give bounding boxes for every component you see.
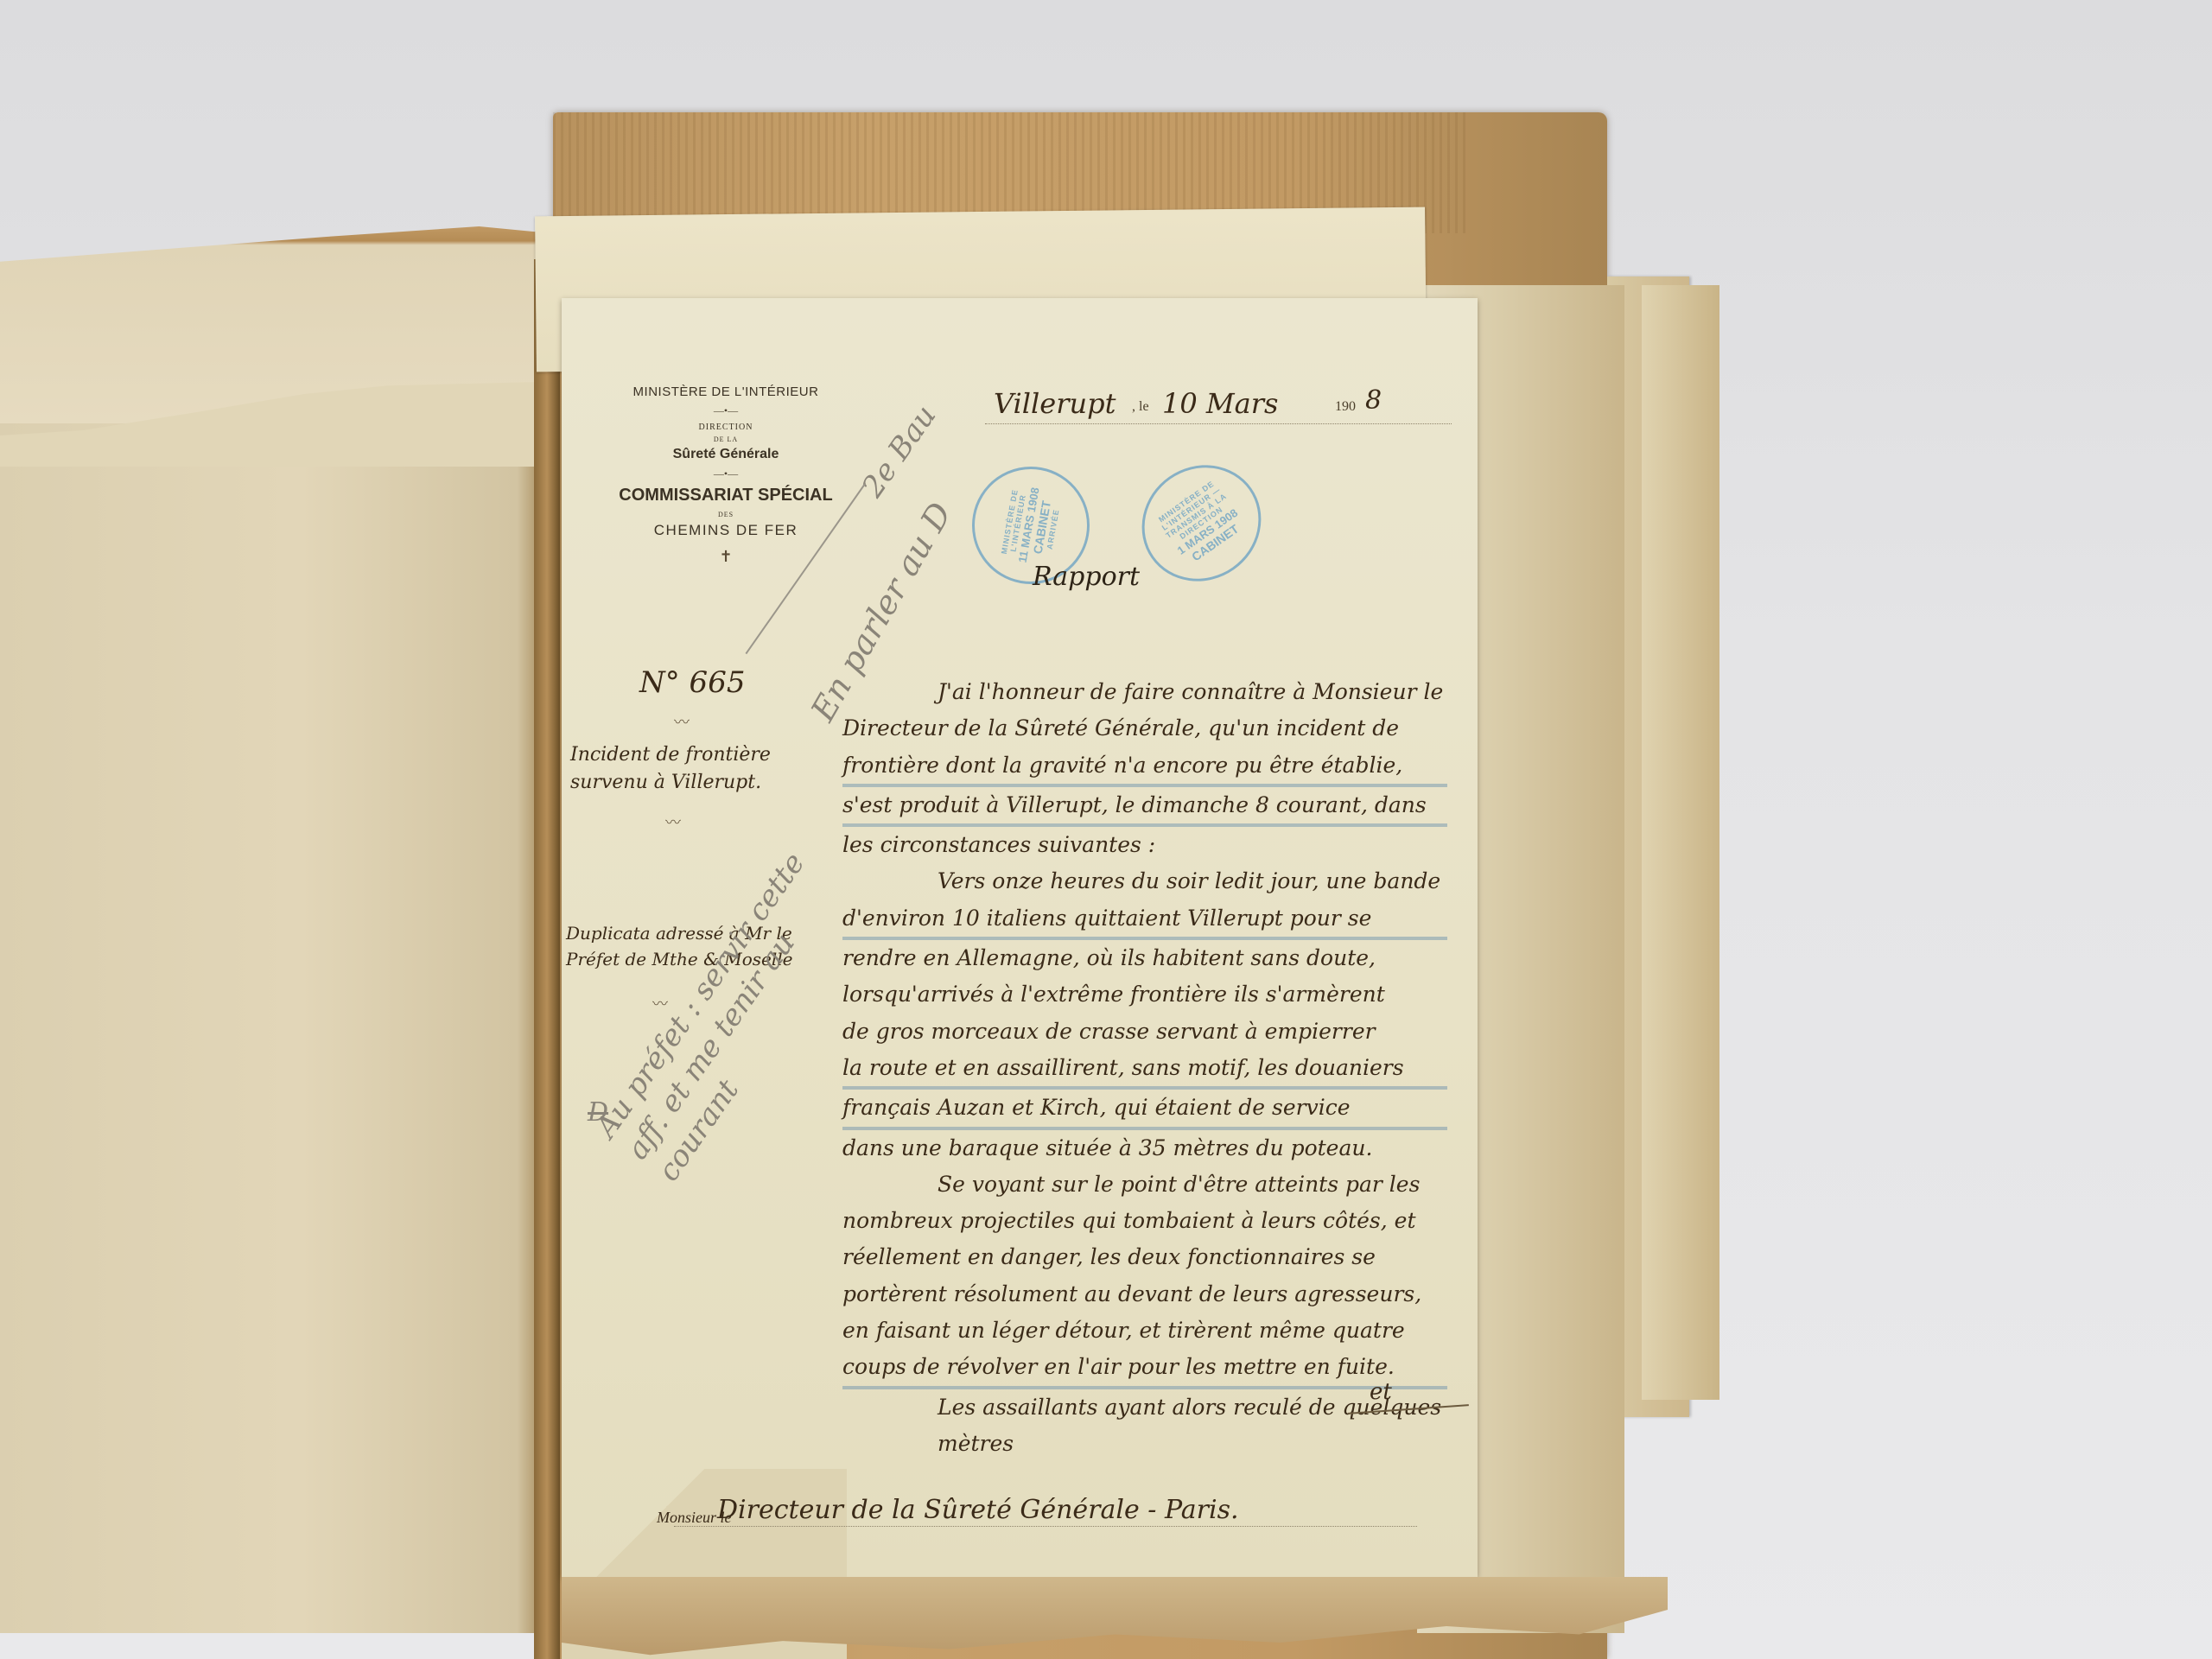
letterhead-chemins-de-fer: CHEMINS DE FER	[605, 522, 847, 539]
body-line: de gros morceaux de crasse servant à emp…	[842, 1014, 1447, 1050]
dateline-place: Villerupt	[994, 387, 1116, 420]
letterhead-separator: —•—	[605, 404, 847, 417]
footer-addressee: Directeur de la Sûreté Générale - Paris.	[717, 1495, 1239, 1525]
dateline-year-suffix: 8	[1365, 385, 1382, 416]
ledger-left-page	[0, 285, 544, 1633]
body-line: Vers onze heures du soir ledit jour, une…	[842, 863, 1447, 899]
subject-line-2: survenu à Villerupt.	[570, 769, 771, 797]
body-line: lorsqu'arrivés à l'extrême frontière ils…	[842, 976, 1447, 1013]
dateline-le: , le	[1132, 399, 1149, 415]
letterhead: MINISTÈRE DE L'INTÉRIEUR —•— DIRECTION D…	[605, 385, 847, 566]
document-title: Rapport	[1033, 562, 1140, 592]
body-line: la route et en assaillirent, sans motif,…	[842, 1050, 1447, 1090]
body-line: Les assaillants ayant alors reculé de qu…	[842, 1389, 1447, 1463]
subject-line-1: Incident de frontière	[570, 741, 771, 769]
dateline-day-month: 10 Mars	[1162, 387, 1278, 420]
body-line: coups de révolver en l'air pour les mett…	[842, 1349, 1447, 1389]
letterhead-direction: DIRECTION	[605, 423, 847, 432]
body-line: s'est produit à Villerupt, le dimanche 8…	[842, 787, 1447, 827]
body-line: rendre en Allemagne, où ils habitent san…	[842, 940, 1447, 976]
body-line: Se voyant sur le point d'être atteints p…	[842, 1166, 1447, 1203]
letterhead-surete: Sûreté Générale	[605, 447, 847, 462]
page-continuation: et	[1370, 1379, 1392, 1405]
letterhead-des: DES	[605, 511, 847, 518]
cross-ornament-icon: ✝	[605, 548, 847, 566]
letterhead-de-la: DE LA	[605, 435, 847, 443]
footer-rule	[674, 1525, 1417, 1527]
subject-summary: Incident de frontière survenu à Villerup…	[570, 741, 771, 797]
folder-side-sheets-2	[1642, 285, 1719, 1400]
body-line: les circonstances suivantes :	[842, 827, 1447, 863]
body-line: français Auzan et Kirch, qui étaient de …	[842, 1090, 1447, 1129]
body-line: réellement en danger, les deux fonctionn…	[842, 1239, 1447, 1275]
body-line: nombreux projectiles qui tombaient à leu…	[842, 1203, 1447, 1239]
body-line: J'ai l'honneur de faire connaître à Mons…	[842, 674, 1447, 710]
body-line: portèrent résolument au devant de leurs …	[842, 1276, 1447, 1313]
letterhead-separator: —•—	[605, 467, 847, 480]
dateline-year-prefix: 190	[1335, 399, 1356, 415]
body-line: en faisant un léger détour, et tirèrent …	[842, 1313, 1447, 1349]
letterhead-commissariat: COMMISSARIAT SPÉCIAL	[605, 486, 847, 505]
letterhead-ministry: MINISTÈRE DE L'INTÉRIEUR	[605, 385, 847, 399]
body-line: frontière dont la gravité n'a encore pu …	[842, 747, 1447, 787]
ledger-spine	[534, 259, 560, 1659]
report-body: J'ai l'honneur de faire connaître à Mons…	[842, 674, 1447, 1462]
body-line: dans une baraque située à 35 mètres du p…	[842, 1130, 1447, 1166]
register-number: N° 665	[639, 665, 745, 700]
flourish-icon: 〰	[665, 810, 681, 833]
body-line: Directeur de la Sûreté Générale, qu'un i…	[842, 710, 1447, 747]
flourish-icon: 〰	[674, 710, 690, 733]
body-line: d'environ 10 italiens quittaient Villeru…	[842, 900, 1447, 940]
